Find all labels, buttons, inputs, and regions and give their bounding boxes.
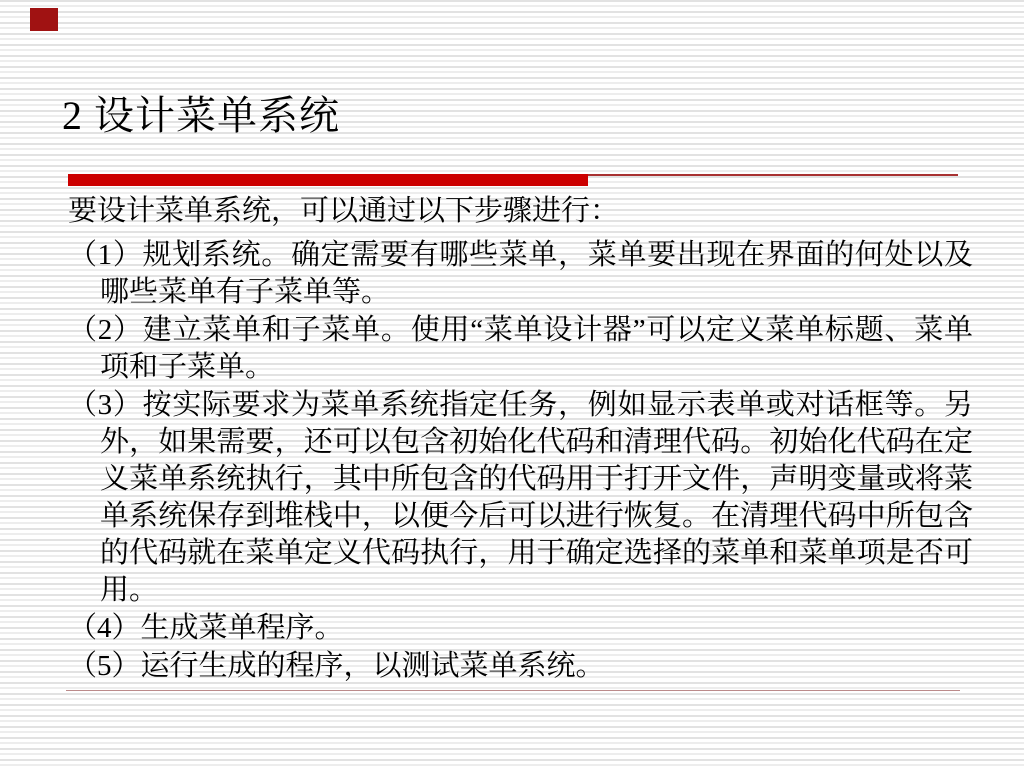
step-2-text: （2）建立菜单和子菜单。使用“菜单设计器”可以定义菜单标题、菜单项和子菜单。 — [68, 312, 973, 386]
step-4-text: （4）生成菜单程序。 — [68, 610, 973, 647]
title-rule-bar — [68, 174, 588, 186]
intro-text: 要设计菜单系统，可以通过以下步骤进行： — [68, 193, 973, 230]
step-1-text: （1）规划系统。确定需要有哪些菜单，菜单要出现在界面的何处以及哪些菜单有子菜单等… — [68, 237, 973, 311]
slide-body: 要设计菜单系统，可以通过以下步骤进行： （1）规划系统。确定需要有哪些菜单，菜单… — [68, 193, 973, 686]
footer-rule — [66, 690, 960, 691]
corner-accent-square — [30, 8, 58, 31]
slide-title: 2 设计菜单系统 — [62, 94, 340, 138]
step-5-text: （5）运行生成的程序，以测试菜单系统。 — [68, 648, 973, 685]
slide: 2 设计菜单系统 要设计菜单系统，可以通过以下步骤进行： （1）规划系统。确定需… — [0, 0, 1024, 768]
step-3-text: （3）按实际要求为菜单系统指定任务，例如显示表单或对话框等。另外，如果需要，还可… — [68, 387, 973, 609]
